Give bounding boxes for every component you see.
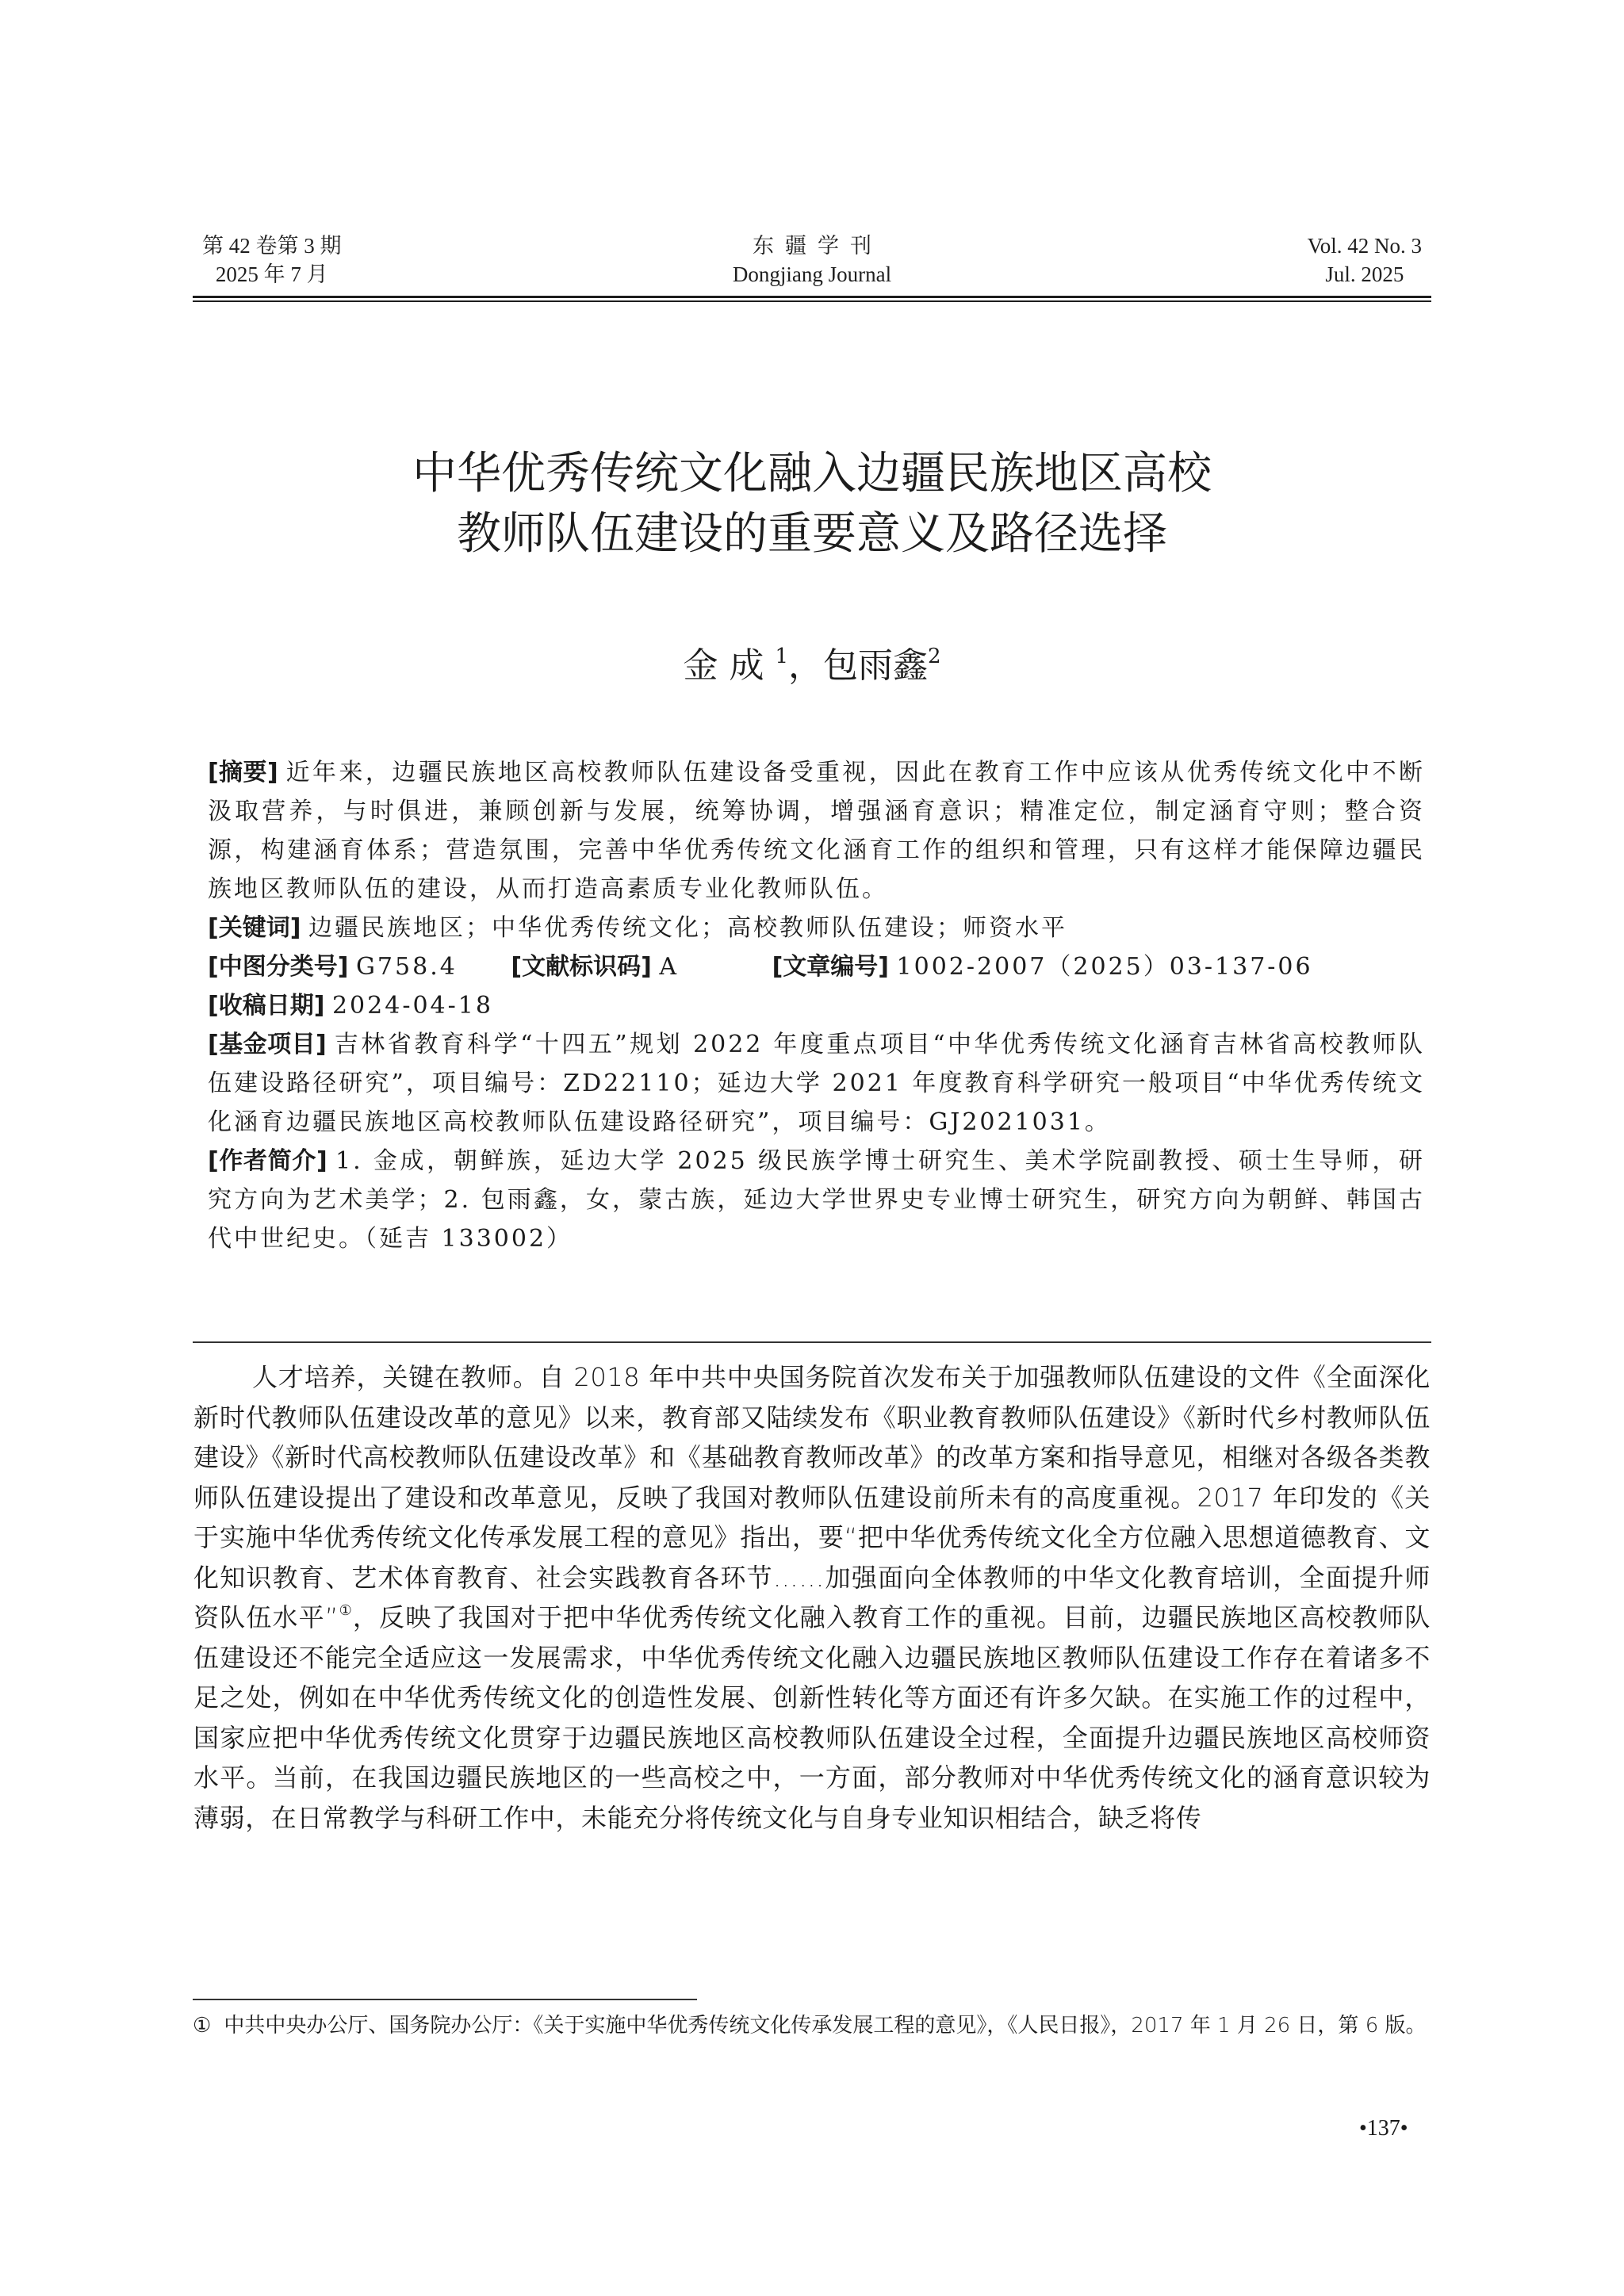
body-paragraph-1-text-b: ，反映了我国对于把中华优秀传统文化融入教育工作的重视。目前，边疆民族地区高校教师…	[193, 1602, 1431, 1833]
abstract-separator-rule	[193, 1341, 1431, 1343]
author-name-2: 包雨鑫	[823, 645, 928, 686]
abstract-text: 近年来，边疆民族地区高校教师队伍建设备受重视，因此在教育工作中应该从优秀传统文化…	[208, 759, 1425, 903]
article-title: 中华优秀传统文化融入边疆民族地区高校 教师队伍建设的重要意义及路径选择	[193, 444, 1431, 564]
clc-value: G758.4	[356, 953, 458, 981]
author-affiliation-mark-2: 2	[928, 645, 941, 668]
received-date: [收稿日期] 2024-04-18	[208, 986, 1425, 1025]
body-paragraph-1-text-a: 人才培养，关键在教师。自 2018 年中共中央国务院首次发布关于加强教师队伍建设…	[193, 1362, 1431, 1632]
author-bio-text: 1. 金成，朝鲜族，延边大学 2025 级民族学博士研究生、美术学院副教授、硕士…	[208, 1147, 1425, 1253]
author-list: 金成1，包雨鑫2	[193, 644, 1431, 688]
article-title-line-1: 中华优秀传统文化融入边疆民族地区高校	[193, 444, 1431, 504]
author-affiliation-mark-1: 1	[775, 645, 788, 668]
header-left-issue: 第 42 卷第 3 期 2025 年 7 月	[202, 232, 342, 289]
keywords-text: 边疆民族地区；中华优秀传统文化；高校教师队伍建设；师资水平	[308, 914, 1067, 942]
footnotes: ①中共中央办公厅、国务院办公厅：《关于实施中华优秀传统文化传承发展工程的意见》，…	[193, 2011, 1431, 2041]
author-name-1: 金成	[683, 645, 775, 686]
journal-page: 第 42 卷第 3 期 2025 年 7 月 东疆学刊 Dongjiang Jo…	[0, 0, 1624, 2296]
footnote-text-1: 中共中央办公厅、国务院办公厅：《关于实施中华优秀传统文化传承发展工程的意见》，《…	[224, 2014, 1426, 2038]
footnote-reference-1[interactable]: ①	[339, 1602, 353, 1619]
header-date-cn: 2025 年 7 月	[202, 260, 342, 289]
header-rule-thick	[193, 296, 1431, 298]
clc-number: [中图分类号] G758.4	[208, 947, 458, 986]
author-bio: [作者简介] 1. 金成，朝鲜族，延边大学 2025 级民族学博士研究生、美术学…	[208, 1142, 1425, 1258]
page-number: •137•	[1359, 2115, 1408, 2142]
keywords-label: [关键词]	[208, 914, 301, 942]
document-code-label: [文献标识码]	[511, 953, 651, 981]
article-number: [文章编号] 1002-2007（2025）03-137-06	[772, 947, 1313, 986]
header-volume-issue-cn: 第 42 卷第 3 期	[202, 232, 342, 260]
received-date-label: [收稿日期]	[208, 992, 324, 1020]
header-journal-name-en: Dongjiang Journal	[733, 260, 891, 289]
body-paragraph-1: 人才培养，关键在教师。自 2018 年中共中央国务院首次发布关于加强教师队伍建设…	[193, 1357, 1431, 1838]
article-number-label: [文章编号]	[772, 953, 889, 981]
header-journal-name: 东疆学刊 Dongjiang Journal	[733, 232, 891, 289]
header-rule-thin	[193, 300, 1431, 302]
received-date-value: 2024-04-18	[332, 992, 493, 1020]
clc-label: [中图分类号]	[208, 953, 348, 981]
running-header: 第 42 卷第 3 期 2025 年 7 月 东疆学刊 Dongjiang Jo…	[193, 232, 1431, 293]
funding: [基金项目] 吉林省教育科学“十四五”规划 2022 年度重点项目“中华优秀传统…	[208, 1025, 1425, 1142]
keywords: [关键词] 边疆民族地区；中华优秀传统文化；高校教师队伍建设；师资水平	[208, 909, 1425, 947]
footnote-marker-1: ①	[193, 2014, 211, 2038]
author-separator: ，	[788, 645, 823, 686]
funding-label: [基金项目]	[208, 1031, 327, 1058]
document-code: [文献标识码] A	[511, 947, 679, 986]
article-number-value: 1002-2007（2025）03-137-06	[897, 953, 1313, 981]
header-right-issue: Vol. 42 No. 3 Jul. 2025	[1308, 232, 1422, 289]
classification-row: [中图分类号] G758.4 [文献标识码] A [文章编号] 1002-200…	[208, 947, 1425, 986]
author-bio-label: [作者简介]	[208, 1147, 327, 1175]
header-journal-name-cn: 东疆学刊	[733, 232, 891, 260]
document-code-value: A	[659, 953, 679, 981]
header-date-en: Jul. 2025	[1308, 260, 1422, 289]
footnote-rule	[193, 1999, 697, 2000]
article-body: 人才培养，关键在教师。自 2018 年中共中央国务院首次发布关于加强教师队伍建设…	[193, 1357, 1431, 1838]
funding-text: 吉林省教育科学“十四五”规划 2022 年度重点项目“中华优秀传统文化涵育吉林省…	[208, 1031, 1425, 1136]
header-volume-issue-en: Vol. 42 No. 3	[1308, 232, 1422, 260]
abstract-label: [摘要]	[208, 759, 278, 786]
abstract: [摘要] 近年来，边疆民族地区高校教师队伍建设备受重视，因此在教育工作中应该从优…	[208, 753, 1425, 909]
article-title-line-2: 教师队伍建设的重要意义及路径选择	[193, 504, 1431, 564]
article-metadata: [摘要] 近年来，边疆民族地区高校教师队伍建设备受重视，因此在教育工作中应该从优…	[208, 753, 1425, 1258]
footnote-1: ①中共中央办公厅、国务院办公厅：《关于实施中华优秀传统文化传承发展工程的意见》，…	[193, 2011, 1431, 2041]
